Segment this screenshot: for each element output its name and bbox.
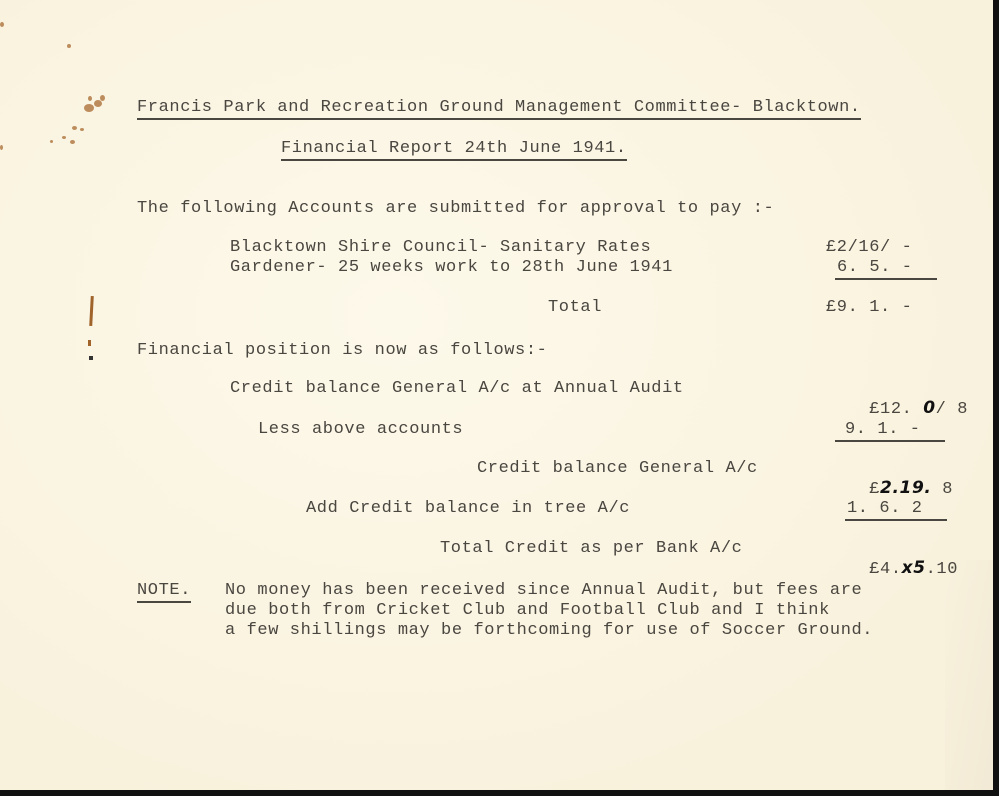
account-amount: 6. 5. - — [835, 258, 937, 280]
amount-typed: 8 — [931, 480, 953, 499]
intro-text: The following Accounts are submitted for… — [137, 199, 774, 218]
account-description: Blacktown Shire Council- Sanitary Rates — [230, 238, 651, 257]
report-title: Financial Report 24th June 1941. — [281, 139, 627, 161]
note-line: No money has been received since Annual … — [225, 581, 862, 600]
note-line: due both from Cricket Club and Football … — [225, 601, 830, 620]
position-intro: Financial position is now as follows:- — [137, 341, 547, 360]
rust-mark — [89, 296, 94, 326]
position-amount: 1. 6. 2 — [845, 499, 947, 521]
amount-typed: £12. — [869, 400, 923, 419]
account-description: Gardener- 25 weeks work to 28th June 194… — [230, 258, 673, 277]
amount-typed: / 8 — [936, 400, 968, 419]
amount-handwritten: 0 — [923, 398, 935, 418]
account-amount: £2/16/ - — [826, 238, 912, 257]
amount-typed: .10 — [926, 560, 958, 579]
position-description: Less above accounts — [258, 420, 463, 439]
note-label: NOTE. — [137, 581, 191, 603]
position-description: Add Credit balance in tree A/c — [306, 499, 630, 518]
total-amount: £9. 1. - — [826, 298, 912, 317]
position-description: Total Credit as per Bank A/c — [440, 539, 742, 558]
rust-mark-dot — [88, 340, 91, 346]
amount-handwritten: x5 — [902, 558, 926, 578]
position-description: Credit balance General A/c — [477, 459, 758, 478]
amount-typed: £4. — [869, 560, 901, 579]
paper-sheet: Francis Park and Recreation Ground Manag… — [0, 0, 993, 790]
header-title: Francis Park and Recreation Ground Manag… — [137, 98, 861, 120]
rust-mark-dot — [89, 356, 93, 360]
amount-handwritten: 2.19. — [880, 478, 931, 498]
total-label: Total — [548, 298, 602, 317]
position-amount: 9. 1. - — [835, 420, 945, 442]
position-description: Credit balance General A/c at Annual Aud… — [230, 379, 684, 398]
note-line: a few shillings may be forthcoming for u… — [225, 621, 873, 640]
amount-typed: £ — [869, 480, 880, 499]
